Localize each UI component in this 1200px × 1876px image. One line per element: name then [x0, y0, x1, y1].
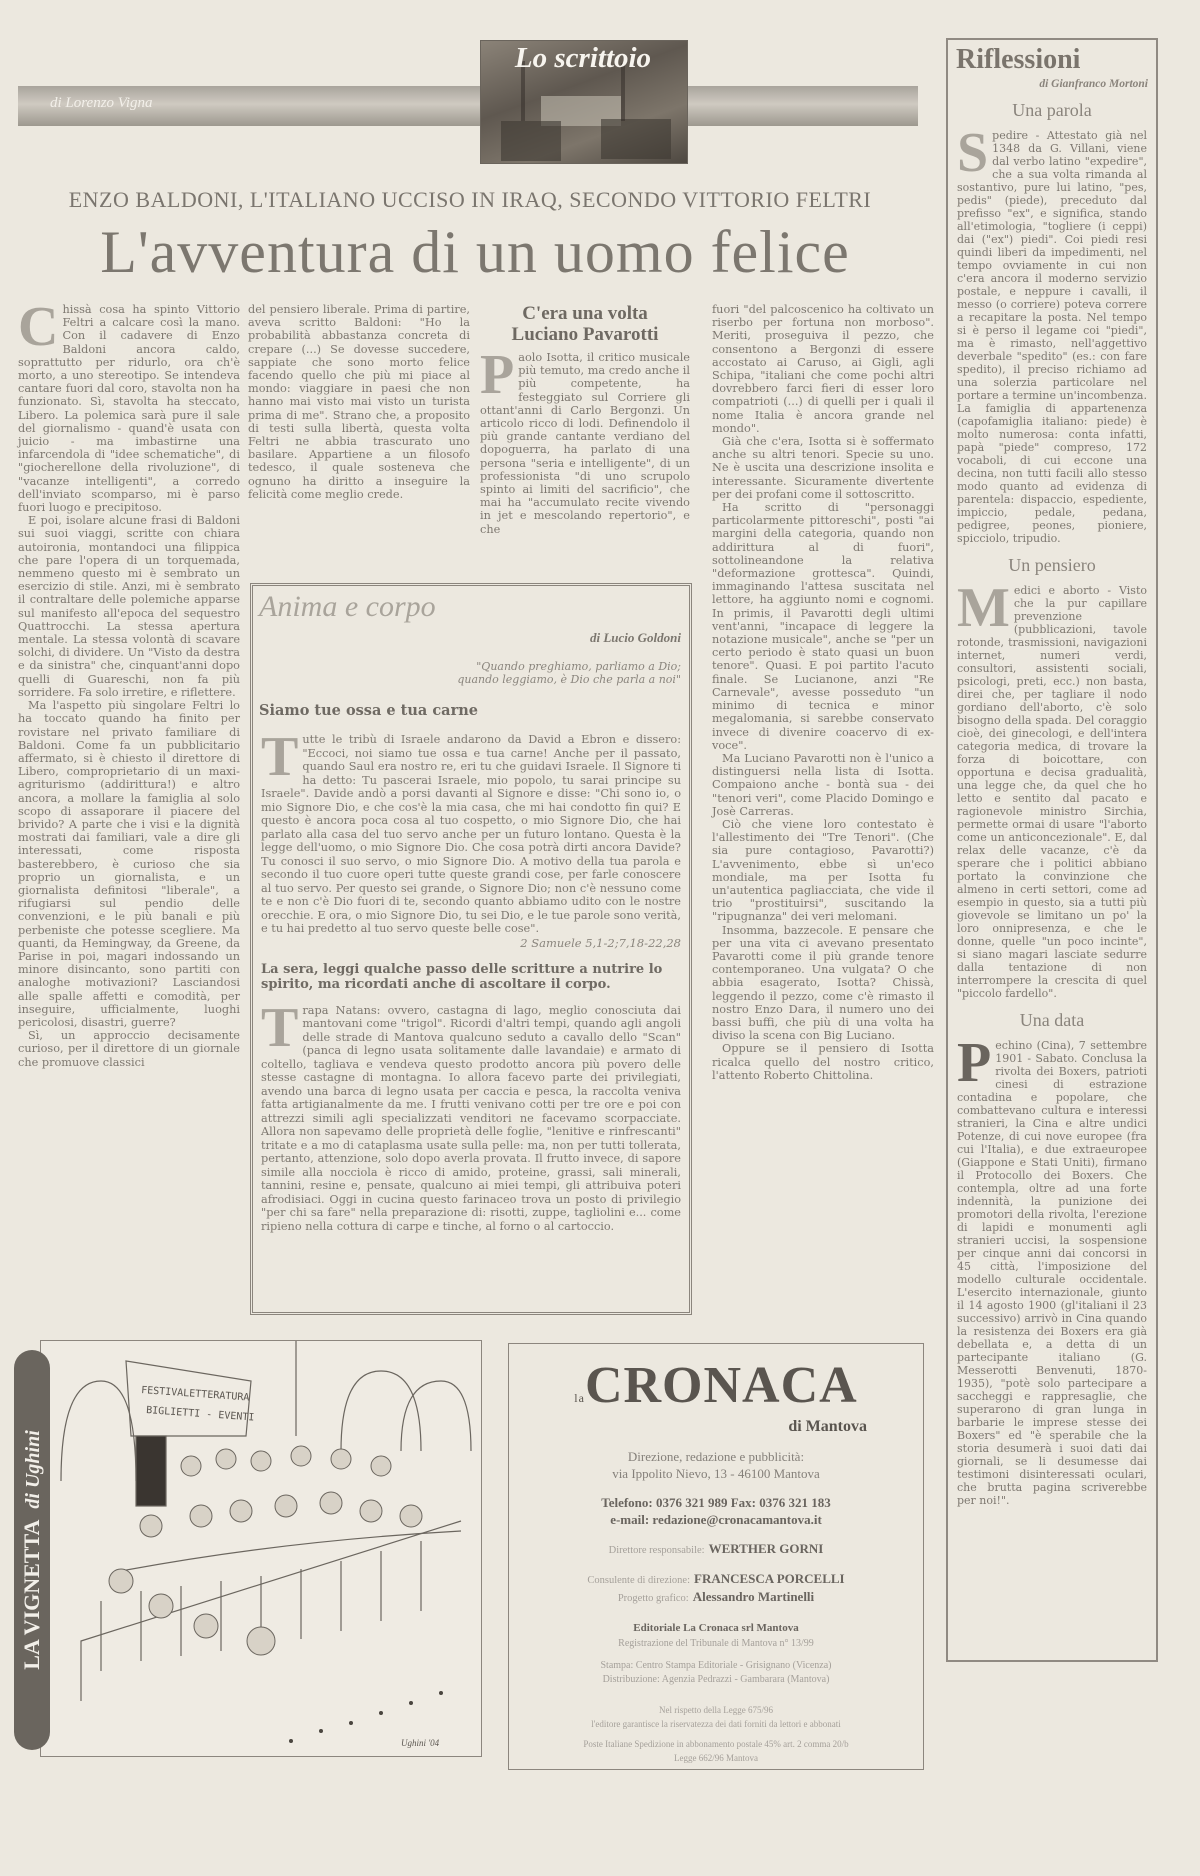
article-kicker: ENZO BALDONI, L'ITALIANO UCCISO IN IRAQ,…: [30, 187, 910, 213]
paragraph: rapa Natans: ovvero, castagna di lago, m…: [261, 1004, 681, 1233]
column-author: di Lorenzo Vigna: [50, 95, 153, 112]
paragraph: E poi, isolare alcune frasi di Baldoni s…: [18, 514, 240, 699]
anima-e-corpo-box: Anima e corpo di Lucio Goldoni "Quando p…: [250, 583, 692, 1315]
paragraph: del pensiero liberale. Prima di partire,…: [248, 303, 470, 501]
phone-fax: Telefono: 0376 321 989 Fax: 0376 321 183: [509, 1494, 923, 1511]
paragraph: Ha scritto di "personaggi particolarment…: [712, 501, 934, 752]
director-name: WERTHER GORNI: [709, 1541, 824, 1556]
bible-reference: 2 Samuele 5,1-2;7,18-22,28: [253, 936, 681, 950]
cartoon-author: di Ughini: [22, 1430, 44, 1508]
logo-prefix: la: [574, 1391, 585, 1405]
riflessioni-box: Riflessioni di Gianfranco Mortoni Una pa…: [946, 38, 1158, 1662]
main-article-col1: Chissà cosa ha spinto Vittorio Feltri a …: [18, 303, 240, 1069]
header-band: [18, 86, 918, 126]
paragraph: echino (Cina), 7 settembre 1901 - Sabato…: [957, 1039, 1147, 1507]
dropcap: P: [480, 353, 514, 397]
parola-title: Una parola: [948, 100, 1156, 121]
cartoon-label-text: LA VIGNETTA: [19, 1520, 44, 1670]
dropcap: P: [957, 1041, 991, 1085]
paragraph: Insomma, bazzecole. E pensare che per un…: [712, 924, 934, 1043]
email: e-mail: redazione@cronacamantova.it: [509, 1511, 923, 1528]
rubric-title: Lo scrittoio: [480, 42, 686, 75]
cartoon-illustration-icon: FESTIVALETTERATURA BIGLIETTI - EVENTI Ug…: [41, 1341, 481, 1756]
anima-quote: "Quando preghiamo, parliamo a Dio; quand…: [253, 660, 681, 686]
quote-line: "Quando preghiamo, parliamo a Dio;: [253, 660, 681, 673]
pensiero-title: Un pensiero: [948, 555, 1156, 576]
article-headline: L'avventura di un uomo felice: [25, 218, 925, 287]
label: Consulente di direzione:: [587, 1575, 690, 1586]
paragraph: Ma l'aspetto più singolare Feltri lo ha …: [18, 699, 240, 1029]
dropcap: C: [18, 305, 58, 349]
registration: Registrazione del Tribunale di Mantova n…: [509, 1637, 923, 1651]
parola-text: Spedire - Attestato già nel 1348 da G. V…: [957, 129, 1147, 545]
anima-title: Anima e corpo: [259, 590, 689, 624]
paragraph: fuori "del palcoscenico ha coltivato un …: [712, 303, 934, 435]
address-line: Direzione, redazione e pubblicità:: [509, 1448, 923, 1465]
paragraph: Ma Luciano Pavarotti non è l'unico a dis…: [712, 752, 934, 818]
quote-line: quando leggiamo, è Dio che parla a noi": [253, 673, 681, 686]
data-text: Pechino (Cina), 7 settembre 1901 - Sabat…: [957, 1039, 1147, 1507]
postal-line: Legge 662/96 Mantova: [509, 1751, 923, 1765]
consultant-name: FRANCESCA PORCELLI: [694, 1571, 845, 1586]
print-info: Stampa: Centro Stampa Editoriale - Grisi…: [509, 1659, 923, 1673]
anima-author: di Lucio Goldoni: [253, 630, 681, 646]
privacy-line: l'editore garantisce la riservatezza dei…: [509, 1717, 923, 1731]
dropcap: M: [957, 586, 1010, 630]
pavarotti-col2: fuori "del palcoscenico ha coltivato un …: [712, 303, 934, 1082]
privacy-line: Nel rispetto della Legge 675/96: [509, 1703, 923, 1717]
director-line: Direttore responsabile: WERTHER GORNI: [509, 1540, 923, 1558]
dropcap: T: [261, 735, 298, 779]
cartoon-signature: Ughini '04: [401, 1738, 440, 1748]
data-title: Una data: [948, 1010, 1156, 1031]
postal-line: Poste Italiane Spedizione in abbonamento…: [509, 1737, 923, 1751]
designer-name: Alessandro Martinelli: [693, 1589, 814, 1604]
riflessioni-title: Riflessioni: [956, 44, 1156, 76]
anima-text1: Tutte le tribù di Israele andarono da Da…: [261, 733, 681, 936]
dropcap: T: [261, 1006, 298, 1050]
label: Direttore responsabile:: [609, 1545, 705, 1556]
riflessioni-author: di Gianfranco Mortoni: [948, 78, 1148, 90]
paragraph: pedire - Attestato già nel 1348 da G. Vi…: [957, 129, 1147, 545]
anima-text2: Trapa Natans: ovvero, castagna di lago, …: [261, 1004, 681, 1234]
anima-subtitle: Siamo tue ossa e tua carne: [259, 702, 689, 719]
design-line: Progetto grafico: Alessandro Martinelli: [509, 1588, 923, 1606]
pavarotti-article: C'era una volta Luciano Pavarotti Paolo …: [480, 303, 690, 536]
address-line: via Ippolito Nievo, 13 - 46100 Mantova: [509, 1465, 923, 1482]
pensiero-text: Medici e aborto - Visto che la pur capil…: [957, 584, 1147, 1000]
paragraph: Oppure se il pensiero di Isotta ricalca …: [712, 1042, 934, 1082]
anima-subtitle2: La sera, leggi qualche passo delle scrit…: [261, 962, 681, 992]
cartoon-label: LA VIGNETTA di Ughini: [14, 1350, 50, 1750]
distribution-info: Distribuzione: Agenzia Pedrazzi - Gambar…: [509, 1673, 923, 1687]
pavarotti-title-line2: Luciano Pavarotti: [480, 324, 690, 345]
sign-text: BIGLIETTI - EVENTI: [146, 1405, 255, 1424]
paragraph: Ciò che viene loro contestato è l'allest…: [712, 818, 934, 924]
consultant-line: Consulente di direzione: FRANCESCA PORCE…: [509, 1570, 923, 1588]
paragraph: Già che c'era, Isotta si è soffermato an…: [712, 435, 934, 501]
paragraph: edici e aborto - Visto che la pur capill…: [957, 584, 1147, 1000]
paragraph: utte le tribù di Israele andarono da Dav…: [261, 733, 681, 935]
dropcap: S: [957, 131, 988, 175]
publisher: Editoriale La Cronaca srl Mantova: [509, 1620, 923, 1637]
label: Progetto grafico:: [618, 1593, 689, 1604]
sign-text: FESTIVALETTERATURA: [141, 1385, 250, 1404]
main-article-col2: del pensiero liberale. Prima di partire,…: [248, 303, 470, 501]
masthead-box: laCRONACA di Mantova Direzione, redazion…: [508, 1343, 924, 1770]
cartoon-box: FESTIVALETTERATURA BIGLIETTI - EVENTI Ug…: [40, 1340, 482, 1757]
paragraph: Sì, un approccio decisamente curioso, pe…: [18, 1029, 240, 1069]
pavarotti-title-line1: C'era una volta: [480, 303, 690, 324]
newspaper-logo: laCRONACA: [509, 1360, 923, 1424]
logo-text: CRONACA: [585, 1357, 858, 1414]
